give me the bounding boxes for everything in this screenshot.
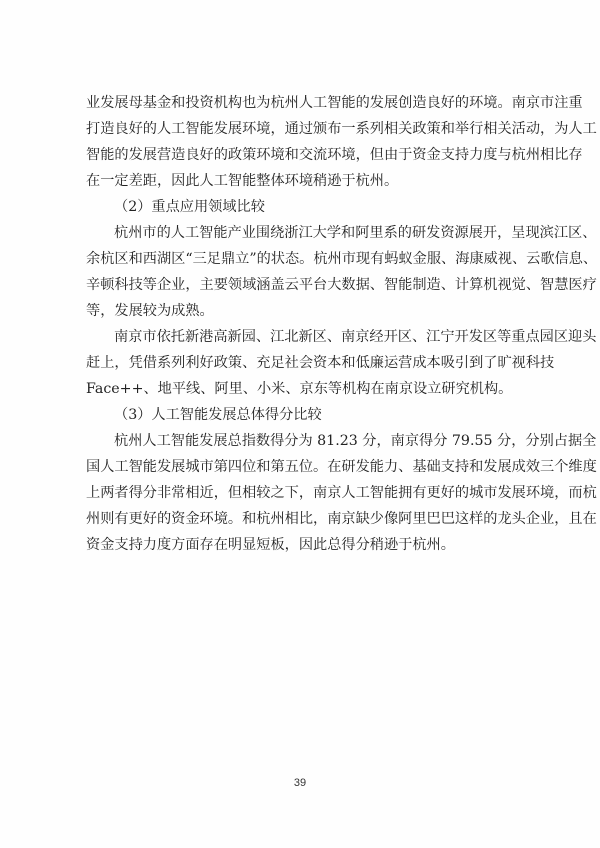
text-line: 在一定差距，因此人工智能整体环境稍逊于杭州。 — [86, 168, 516, 194]
text-line: 打造良好的人工智能发展环境，通过颁布一系列相关政策和举行相关活动，为人工 — [86, 116, 516, 142]
text-line: 国人工智能发展城市第四位和第五位。在研发能力、基础支持和发展成效三个维度 — [86, 454, 516, 480]
paragraph-environment-continuation: 业发展母基金和投资机构也为杭州人工智能的发展创造良好的环境。南京市注重 打造良好… — [86, 90, 516, 194]
text-line: Face++、地平线、阿里、小米、京东等机构在南京设立研究机构。 — [86, 376, 516, 402]
text-line: 等，发展较为成熟。 — [86, 298, 516, 324]
document-page: 业发展母基金和投资机构也为杭州人工智能的发展创造良好的环境。南京市注重 打造良好… — [0, 0, 600, 848]
document-body: 业发展母基金和投资机构也为杭州人工智能的发展创造良好的环境。南京市注重 打造良好… — [86, 90, 516, 558]
text-line: 上两者得分非常相近，但相较之下，南京人工智能拥有更好的城市发展环境，而杭 — [86, 480, 516, 506]
text-line: 杭州人工智能发展总指数得分为 81.23 分，南京得分 79.55 分，分别占据… — [86, 428, 516, 454]
paragraph-overall-score: 杭州人工智能发展总指数得分为 81.23 分，南京得分 79.55 分，分别占据… — [86, 428, 516, 558]
section-heading-application-fields: （2）重点应用领域比较 — [86, 194, 516, 220]
text-line: 智能的发展营造良好的政策环境和交流环境，但由于资金支持力度与杭州相比存 — [86, 142, 516, 168]
text-line: 杭州市的人工智能产业围绕浙江大学和阿里系的研发资源展开，呈现滨江区、 — [86, 220, 516, 246]
paragraph-hangzhou-applications: 杭州市的人工智能产业围绕浙江大学和阿里系的研发资源展开，呈现滨江区、 余杭区和西… — [86, 220, 516, 324]
text-line: 业发展母基金和投资机构也为杭州人工智能的发展创造良好的环境。南京市注重 — [86, 90, 516, 116]
text-line: 赶上，凭借系列利好政策、充足社会资本和低廉运营成本吸引到了旷视科技 — [86, 350, 516, 376]
paragraph-nanjing-applications: 南京市依托新港高新园、江北新区、南京经开区、江宁开发区等重点园区迎头 赶上，凭借… — [86, 324, 516, 402]
page-number: 39 — [0, 777, 600, 789]
text-line: 余杭区和西湖区“三足鼎立”的状态。杭州市现有蚂蚁金服、海康威视、云歌信息、 — [86, 246, 516, 272]
text-line: 州则有更好的资金环境。和杭州相比，南京缺少像阿里巴巴这样的龙头企业，且在 — [86, 506, 516, 532]
section-heading-overall-score: （3）人工智能发展总体得分比较 — [86, 402, 516, 428]
text-line: 南京市依托新港高新园、江北新区、南京经开区、江宁开发区等重点园区迎头 — [86, 324, 516, 350]
text-line: 资金支持力度方面存在明显短板，因此总得分稍逊于杭州。 — [86, 532, 516, 558]
text-line: 辛顿科技等企业，主要领域涵盖云平台大数据、智能制造、计算机视觉、智慧医疗 — [86, 272, 516, 298]
